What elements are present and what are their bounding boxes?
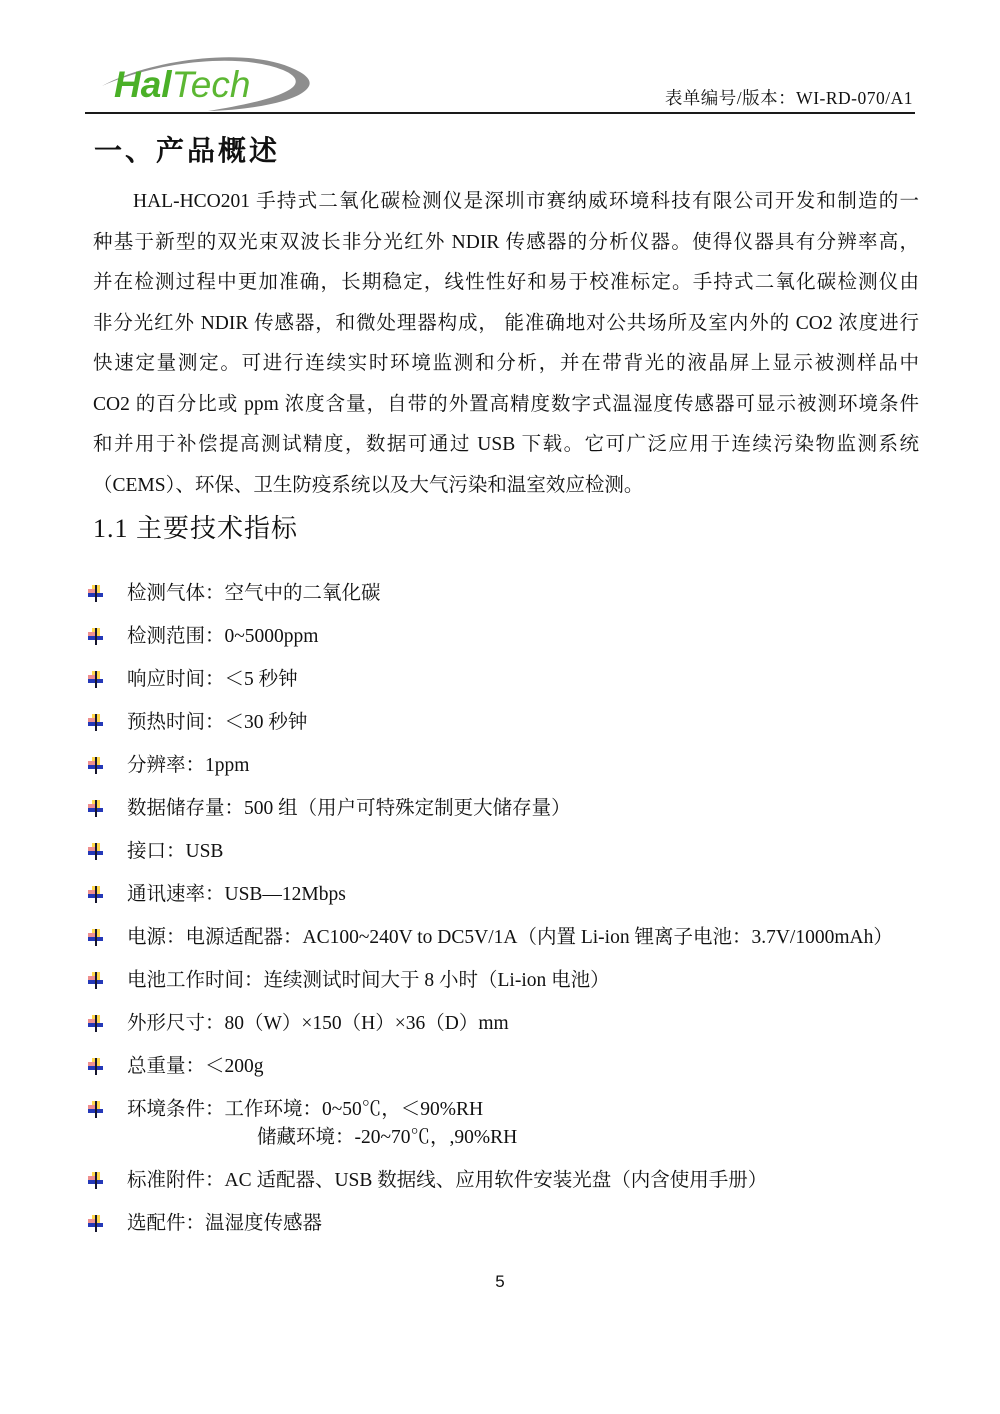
list-item: 电源：电源适配器：AC100~240V to DC5V/1A（内置 Li-ion… — [88, 927, 928, 949]
bullet-icon — [88, 1172, 103, 1189]
spec-text: 预热时间：＜30 秒钟 — [127, 712, 307, 734]
bullet-icon — [88, 628, 103, 645]
list-item: 预热时间：＜30 秒钟 — [88, 712, 928, 734]
subsection-title: 1.1 主要技术指标 — [93, 508, 298, 545]
spec-text: 电源：电源适配器：AC100~240V to DC5V/1A（内置 Li-ion… — [127, 927, 893, 949]
list-item: 检测范围：0~5000ppm — [88, 626, 928, 648]
logo-text-tech: Tech — [172, 64, 251, 105]
spec-text-line1: 环境条件：工作环境：0~50℃，＜90%RH — [127, 1099, 517, 1121]
bullet-icon — [88, 886, 103, 903]
spec-text: 检测气体：空气中的二氧化碳 — [127, 583, 381, 605]
bullet-icon — [88, 714, 103, 731]
list-item: 数据储存量：500 组（用户可特殊定制更大储存量） — [88, 798, 928, 820]
bullet-icon — [88, 671, 103, 688]
paragraph-line: HAL-HCO201 手持式二氧化碳检测仪是深圳市赛纳威环境科技有限公司开发和制… — [93, 182, 919, 223]
spec-text: 总重量：＜200g — [127, 1056, 264, 1078]
spec-text: 检测范围：0~5000ppm — [127, 626, 318, 648]
spec-text: 外形尺寸：80（W）×150（H）×36（D）mm — [127, 1013, 509, 1035]
spec-text: 通讯速率：USB—12Mbps — [127, 884, 346, 906]
header-divider — [85, 112, 915, 114]
bullet-icon — [88, 972, 103, 989]
spec-text: 接口：USB — [127, 841, 223, 863]
section-title: 一、产品概述 — [94, 129, 280, 169]
bullet-icon — [88, 585, 103, 602]
list-item: 电池工作时间：连续测试时间大于 8 小时（Li-ion 电池） — [88, 970, 928, 992]
list-item: 接口：USB — [88, 841, 928, 863]
company-logo: HalTech — [96, 50, 318, 116]
list-item: 总重量：＜200g — [88, 1056, 928, 1078]
spec-text: 分辨率：1ppm — [127, 755, 249, 777]
paragraph-line: 非分光红外 NDIR 传感器，和微处理器构成， 能准确地对公共场所及室内外的 C… — [93, 304, 919, 345]
bullet-icon — [88, 1058, 103, 1075]
paragraph-line: （CEMS）、环保、卫生防疫系统以及大气污染和温室效应检测。 — [93, 466, 919, 507]
spec-text: 环境条件：工作环境：0~50℃，＜90%RH 储藏环境：-20~70℃，,90%… — [127, 1099, 517, 1149]
bullet-icon — [88, 757, 103, 774]
page-number: 5 — [0, 1272, 1000, 1292]
document-page: HalTech 表单编号/版本：WI-RD-070/A1 一、产品概述 HAL-… — [0, 0, 1000, 1414]
bullet-icon — [88, 843, 103, 860]
spec-list: 检测气体：空气中的二氧化碳 检测范围：0~5000ppm 响应时间：＜5 秒钟 … — [88, 583, 928, 1256]
paragraph-line: CO2 的百分比或 ppm 浓度含量，自带的外置高精度数字式温湿度传感器可显示被… — [93, 385, 919, 426]
list-item: 分辨率：1ppm — [88, 755, 928, 777]
list-item: 检测气体：空气中的二氧化碳 — [88, 583, 928, 605]
list-item: 响应时间：＜5 秒钟 — [88, 669, 928, 691]
spec-text-line2: 储藏环境：-20~70℃，,90%RH — [257, 1127, 517, 1149]
spec-text: 电池工作时间：连续测试时间大于 8 小时（Li-ion 电池） — [127, 970, 610, 992]
bullet-icon — [88, 1015, 103, 1032]
bullet-icon — [88, 800, 103, 817]
spec-text: 标准附件：AC 适配器、USB 数据线、应用软件安装光盘（内含使用手册） — [127, 1170, 767, 1192]
list-item: 外形尺寸：80（W）×150（H）×36（D）mm — [88, 1013, 928, 1035]
logo-wordmark: HalTech — [114, 66, 250, 103]
paragraph-line: 和并用于补偿提高测试精度，数据可通过 USB 下载。它可广泛应用于连续污染物监测… — [93, 425, 919, 466]
overview-paragraph: HAL-HCO201 手持式二氧化碳检测仪是深圳市赛纳威环境科技有限公司开发和制… — [93, 182, 919, 506]
bullet-icon — [88, 1215, 103, 1232]
list-item: 标准附件：AC 适配器、USB 数据线、应用软件安装光盘（内含使用手册） — [88, 1170, 928, 1192]
spec-text: 选配件：温湿度传感器 — [127, 1213, 322, 1235]
doc-number-version: 表单编号/版本：WI-RD-070/A1 — [665, 85, 913, 110]
bullet-icon — [88, 929, 103, 946]
paragraph-line: 快速定量测定。可进行连续实时环境监测和分析，并在带背光的液晶屏上显示被测样品中 — [93, 344, 919, 385]
paragraph-line: 种基于新型的双光束双波长非分光红外 NDIR 传感器的分析仪器。使得仪器具有分辨… — [93, 223, 919, 264]
paragraph-line: 并在检测过程中更加准确，长期稳定，线性性好和易于校准标定。手持式二氧化碳检测仪由 — [93, 263, 919, 304]
spec-text: 响应时间：＜5 秒钟 — [127, 669, 298, 691]
list-item: 环境条件：工作环境：0~50℃，＜90%RH 储藏环境：-20~70℃，,90%… — [88, 1099, 928, 1149]
spec-text: 数据储存量：500 组（用户可特殊定制更大储存量） — [127, 798, 571, 820]
logo-text-hal: Hal — [114, 64, 172, 105]
bullet-icon — [88, 1101, 103, 1118]
list-item: 通讯速率：USB—12Mbps — [88, 884, 928, 906]
list-item: 选配件：温湿度传感器 — [88, 1213, 928, 1235]
